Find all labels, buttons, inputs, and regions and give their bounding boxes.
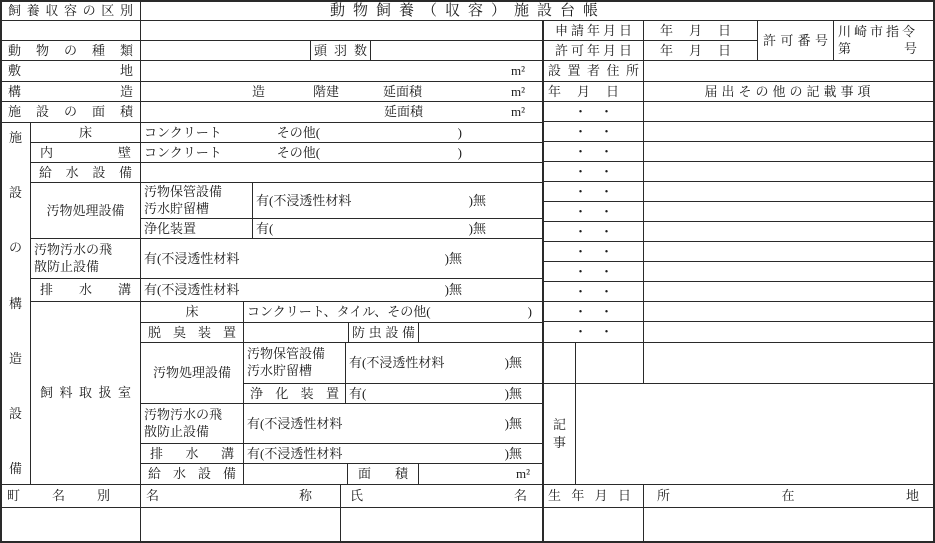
floor-label: 床 xyxy=(30,122,141,143)
structure-kaidate-text: 階建 xyxy=(313,84,339,100)
purifier-no: )無 xyxy=(469,221,486,237)
purifier-value: 有( )無 xyxy=(252,218,544,239)
feed-scatter-prevention-label: 汚物汚水の飛 散防止設備 xyxy=(140,403,244,444)
feed-purifier-label: 浄化装置 xyxy=(243,383,346,404)
feed-area-value: m² xyxy=(418,463,544,485)
record-extra-cell-2 xyxy=(575,342,644,384)
site-area-value: m² xyxy=(140,60,544,82)
feed-water-supply-value xyxy=(243,463,348,485)
drain-yes: 有(不浸透性材料 xyxy=(144,282,239,298)
waste-treatment-label: 汚物処理設備 xyxy=(30,182,141,239)
permit-number-prefix: 川崎市指令 xyxy=(838,24,918,41)
purifier-yes: 有( xyxy=(256,221,273,237)
feed-waste-storage-label: 汚物保管設備 汚水貯留槽 xyxy=(243,342,346,384)
record-note-8 xyxy=(643,241,935,262)
feed-purifier-no: )無 xyxy=(505,386,522,402)
record-date-9: ・ ・ xyxy=(543,261,644,282)
structure-date-value: 年月日 xyxy=(543,81,644,102)
record-date-3: ・ ・ xyxy=(543,141,644,162)
record-note-6 xyxy=(643,201,935,222)
birth-date-value xyxy=(543,507,644,542)
drain-no: )無 xyxy=(445,282,462,298)
record-note-5 xyxy=(643,181,935,202)
insect-control-label: 防虫設備 xyxy=(348,322,419,343)
permit-number-no: 第号 xyxy=(838,41,931,58)
feed-water-supply-label: 給水設備 xyxy=(140,463,244,485)
feed-floor-label: 床 xyxy=(140,301,244,323)
floor-concrete-text: コンクリート xyxy=(144,125,222,141)
town-name-label: 町名別 xyxy=(0,484,141,508)
facility-name-label: 名称 xyxy=(140,484,341,508)
record-note-9 xyxy=(643,261,935,282)
scatter-yes: 有(不浸透性材料 xyxy=(144,251,239,267)
feed-scatter-yes: 有(不浸透性材料 xyxy=(247,416,342,432)
feed-waste-storage-line1: 汚物保管設備 xyxy=(247,346,325,363)
feed-waste-storage-yes: 有(不浸透性材料 xyxy=(349,355,444,371)
waste-storage-line2: 汚水貯留槽 xyxy=(144,201,209,218)
waste-storage-label: 汚物保管設備 汚水貯留槽 xyxy=(140,182,253,219)
feed-drain-no: )無 xyxy=(505,446,522,462)
feed-scatter-no: )無 xyxy=(505,416,522,432)
permit-number-label: 許可番号 xyxy=(757,20,834,61)
record-date-8: ・ ・ xyxy=(543,241,644,262)
record-note-12 xyxy=(643,321,935,343)
feed-area-unit: m² xyxy=(516,466,530,482)
structure-value: 造 階建 延面積 m² xyxy=(140,81,544,102)
structure-label: 構造 xyxy=(0,81,141,102)
structure-zou-text: 造 xyxy=(252,84,265,100)
purifier-label: 浄化装置 xyxy=(140,218,253,239)
remarks-label: 記事 xyxy=(543,383,576,485)
feed-purifier-value: 有( )無 xyxy=(345,383,544,404)
inner-wall-material-value: コンクリート その他( ) xyxy=(140,142,544,163)
water-supply-value xyxy=(140,162,544,183)
section-divider-line xyxy=(542,20,544,541)
animal-kind-value xyxy=(140,40,311,61)
inner-wall-label: 内壁 xyxy=(30,142,141,163)
record-note-11 xyxy=(643,301,935,322)
record-extra-cell-1 xyxy=(543,342,576,384)
feed-drain-value: 有(不浸透性材料 )無 xyxy=(243,443,544,464)
water-supply-label: 給水設備 xyxy=(30,162,141,183)
feed-scatter-line2: 散防止設備 xyxy=(144,424,209,441)
feed-floor-value: コンクリート、タイル、その他( ) xyxy=(243,301,544,323)
floor-other-close: ) xyxy=(458,125,462,141)
floor-other-open: その他( xyxy=(277,125,320,141)
record-date-10: ・ ・ xyxy=(543,281,644,302)
record-extra-cell-3 xyxy=(643,342,935,384)
waste-storage-line1: 汚物保管設備 xyxy=(144,184,222,201)
record-note-2 xyxy=(643,121,935,142)
scatter-prevention-value: 有(不浸透性材料 )無 xyxy=(140,238,544,279)
record-date-5: ・ ・ xyxy=(543,181,644,202)
facility-name-value xyxy=(140,507,341,542)
permit-date-label: 許可年月日 xyxy=(543,40,644,61)
birth-date-label: 生年月日 xyxy=(543,484,644,508)
record-note-10 xyxy=(643,281,935,302)
deodorizer-label: 脱臭装置 xyxy=(140,322,244,343)
drain-label: 排水溝 xyxy=(30,278,141,302)
wall-other-open: その他( xyxy=(277,145,320,161)
site-area-unit: m² xyxy=(511,63,525,79)
record-date-11: ・ ・ xyxy=(543,301,644,322)
waste-storage-yes: 有(不浸透性材料 xyxy=(256,193,351,209)
record-note-1 xyxy=(643,101,935,122)
feed-scatter-line1: 汚物汚水の飛 xyxy=(144,407,222,424)
facility-area-nobe-label: 延面積 xyxy=(384,104,423,120)
remarks-value xyxy=(575,383,935,485)
facility-area-value: 延面積 m² xyxy=(140,101,544,123)
record-date-1: ・ ・ xyxy=(543,101,644,122)
feed-waste-treatment-label: 汚物処理設備 xyxy=(140,342,244,404)
record-date-4: ・ ・ xyxy=(543,161,644,182)
record-note-4 xyxy=(643,161,935,182)
insect-control-value xyxy=(418,322,544,343)
feed-waste-storage-value: 有(不浸透性材料 )無 xyxy=(345,342,544,384)
feed-floor-material: コンクリート、タイル、その他( xyxy=(247,304,431,320)
keeping-category-label: 飼養収容の区別 xyxy=(0,0,141,21)
waste-storage-no: )無 xyxy=(469,193,486,209)
scatter-no: )無 xyxy=(445,251,462,267)
scatter-prevention-label: 汚物汚水の飛 散防止設備 xyxy=(30,238,141,279)
feed-waste-storage-line2: 汚水貯留槽 xyxy=(247,363,312,380)
keeping-category-value xyxy=(140,20,544,41)
structure-nobe-label: 延面積 xyxy=(383,84,422,100)
owner-address-label: 設置者住所 xyxy=(543,60,644,82)
record-date-6: ・ ・ xyxy=(543,201,644,222)
animal-facility-register-form: 動物飼養（収容）施設台帳 飼養収容の区別 申請年月日 年月日 許可番号 川崎市指… xyxy=(0,0,935,543)
site-label: 敷地 xyxy=(0,60,141,82)
deodorizer-value xyxy=(243,322,349,343)
feed-area-label: 面積 xyxy=(347,463,419,485)
owner-address-value xyxy=(643,60,935,82)
structure-unit: m² xyxy=(511,84,525,100)
scatter-line2: 散防止設備 xyxy=(34,259,99,276)
person-name-label: 氏名 xyxy=(340,484,544,508)
scatter-line1: 汚物汚水の飛 xyxy=(34,242,112,259)
feed-drain-label: 排水溝 xyxy=(140,443,244,464)
floor-material-value: コンクリート その他( ) xyxy=(140,122,544,143)
permit-number-cell: 川崎市指令 第号 xyxy=(833,20,935,61)
feed-floor-close: ) xyxy=(528,304,532,320)
facility-area-label: 施設の面積 xyxy=(0,101,141,123)
feed-room-label: 飼料取扱室 xyxy=(30,301,141,485)
wall-concrete-text: コンクリート xyxy=(144,145,222,161)
feed-waste-storage-no: )無 xyxy=(505,355,522,371)
address-label: 所在地 xyxy=(643,484,935,508)
feed-purifier-yes: 有( xyxy=(349,386,366,402)
feed-drain-yes: 有(不浸透性材料 xyxy=(247,446,342,462)
record-date-7: ・ ・ xyxy=(543,221,644,242)
head-count-value xyxy=(370,40,544,61)
head-count-label: 頭羽数 xyxy=(310,40,371,61)
person-name-value xyxy=(340,507,544,542)
drain-value: 有(不浸透性材料 )無 xyxy=(140,278,544,302)
record-note-7 xyxy=(643,221,935,242)
application-date-value: 年月日 xyxy=(643,20,758,41)
record-date-12: ・ ・ xyxy=(543,321,644,343)
wall-other-close: ) xyxy=(458,145,462,161)
application-date-label: 申請年月日 xyxy=(543,20,644,41)
waste-storage-value: 有(不浸透性材料 )無 xyxy=(252,182,544,219)
feed-scatter-prevention-value: 有(不浸透性材料 )無 xyxy=(243,403,544,444)
town-name-value xyxy=(0,507,141,542)
permit-date-value: 年月日 xyxy=(643,40,758,61)
record-date-2: ・ ・ xyxy=(543,121,644,142)
construction-side-label: 施設の構造設備 xyxy=(0,122,31,485)
record-note-3 xyxy=(643,141,935,162)
facility-area-unit: m² xyxy=(511,104,525,120)
animal-kind-label: 動物の種類 xyxy=(0,40,141,61)
address-value xyxy=(643,507,935,542)
notification-notes-header: 届出その他の記載事項 xyxy=(643,81,935,102)
